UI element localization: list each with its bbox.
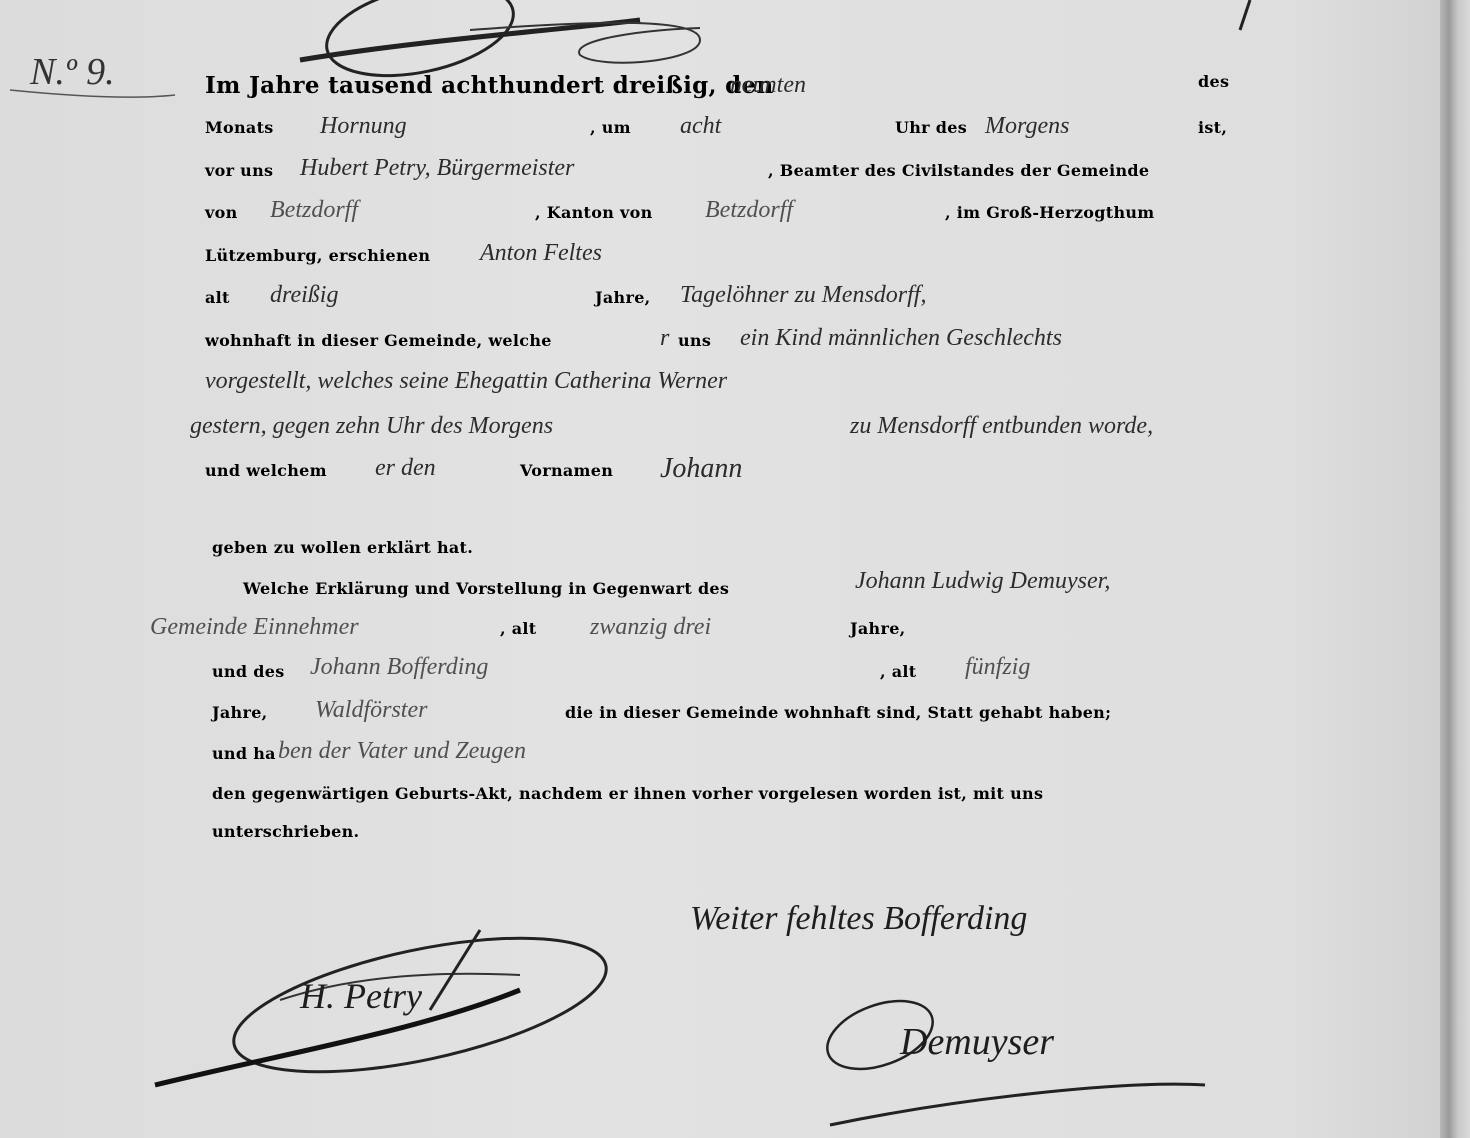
printed-text: Monats <box>205 118 274 137</box>
printed-text: , im Groß-Herzogthum <box>945 203 1155 222</box>
hw-witness1-age: zwanzig drei <box>590 614 711 641</box>
book-gutter <box>1440 0 1470 1138</box>
hw-witness2: Johann Bofferding <box>310 654 488 681</box>
printed-text: ist, <box>1198 118 1227 137</box>
hw-line-birth-place: zu Mensdorff entbunden worde, <box>850 413 1153 440</box>
printed-text: , alt <box>500 619 536 638</box>
printed-text: die in dieser Gemeinde wohnhaft sind, St… <box>565 703 1111 722</box>
signature-witness: Demuyser <box>900 1020 1054 1064</box>
printed-text: Uhr des <box>895 118 967 137</box>
printed-text: und des <box>212 662 285 681</box>
printed-text: Lützemburg, erschienen <box>205 246 430 265</box>
printed-text: vor uns <box>205 161 273 180</box>
hw-canton: Betzdorff <box>705 197 793 224</box>
printed-text: unterschrieben. <box>212 822 359 841</box>
printed-text: Vornamen <box>520 461 613 480</box>
hw-declarant-age: dreißig <box>270 282 338 309</box>
printed-text: geben zu wollen erklärt hat. <box>212 538 473 557</box>
hw-declarant-occupation: Tagelöhner zu Mensdorff, <box>680 282 926 309</box>
signature-father-witness: Weiter fehltes Bofferding <box>690 900 1027 938</box>
hw-line-mother: vorgestellt, welches seine Ehegattin Cat… <box>205 368 727 395</box>
hw-month: Hornung <box>320 113 407 140</box>
printed-text: uns <box>678 331 711 350</box>
hw-witness1: Johann Ludwig Demuyser, <box>855 568 1110 595</box>
hw-line-birth-time: gestern, gegen zehn Uhr des Morgens <box>190 413 553 440</box>
hw-signers: ben der Vater und Zeugen <box>278 738 526 765</box>
hw-hour: acht <box>680 113 721 140</box>
printed-text: , Beamter des Civilstandes der Gemeinde <box>768 161 1149 180</box>
hw-day: neunten <box>730 72 806 99</box>
printed-text: alt <box>205 288 230 307</box>
hw-declarant: Anton Feltes <box>480 240 602 267</box>
printed-text: Jahre, <box>212 703 268 722</box>
printed-text: des <box>1198 72 1229 91</box>
entry-number: N.º 9. <box>30 50 115 94</box>
printed-text: den gegenwärtigen Geburts-Akt, nachdem e… <box>212 784 1043 803</box>
printed-text: Jahre, <box>595 288 651 307</box>
printed-text: von <box>205 203 238 222</box>
hw-witness2-occupation: Waldförster <box>315 697 427 724</box>
printed-text: und welchem <box>205 461 327 480</box>
printed-text: , alt <box>880 662 916 681</box>
hw-suffix: r <box>660 325 669 352</box>
printed-text: , Kanton von <box>535 203 653 222</box>
printed-text: , um <box>590 118 631 137</box>
hw-witness2-age: fünfzig <box>965 654 1030 681</box>
hw-time-of-day: Morgens <box>985 113 1069 140</box>
printed-line-1: Im Jahre tausend achthundert dreißig, de… <box>205 72 774 99</box>
printed-text: Welche Erklärung und Vorstellung in Gege… <box>243 579 729 598</box>
signature-officer: H. Petry <box>300 975 422 1017</box>
hw-officer: Hubert Petry, Bürgermeister <box>300 155 574 182</box>
register-page: N.º 9. Im Jahre tausend achthundert drei… <box>0 0 1440 1138</box>
printed-text: Jahre, <box>850 619 906 638</box>
hw-given-pronoun: er den <box>375 455 436 482</box>
printed-text: wohnhaft in dieser Gemeinde, welche <box>205 331 552 350</box>
hw-child-description: ein Kind männlichen Geschlechts <box>740 325 1062 352</box>
hw-witness1-occupation: Gemeinde Einnehmer <box>150 614 359 641</box>
printed-text: Im Jahre tausend achthundert dreißig, de… <box>205 72 774 99</box>
printed-text: und ha <box>212 744 276 763</box>
hw-commune: Betzdorff <box>270 197 358 224</box>
hw-given-name: Johann <box>660 453 742 485</box>
